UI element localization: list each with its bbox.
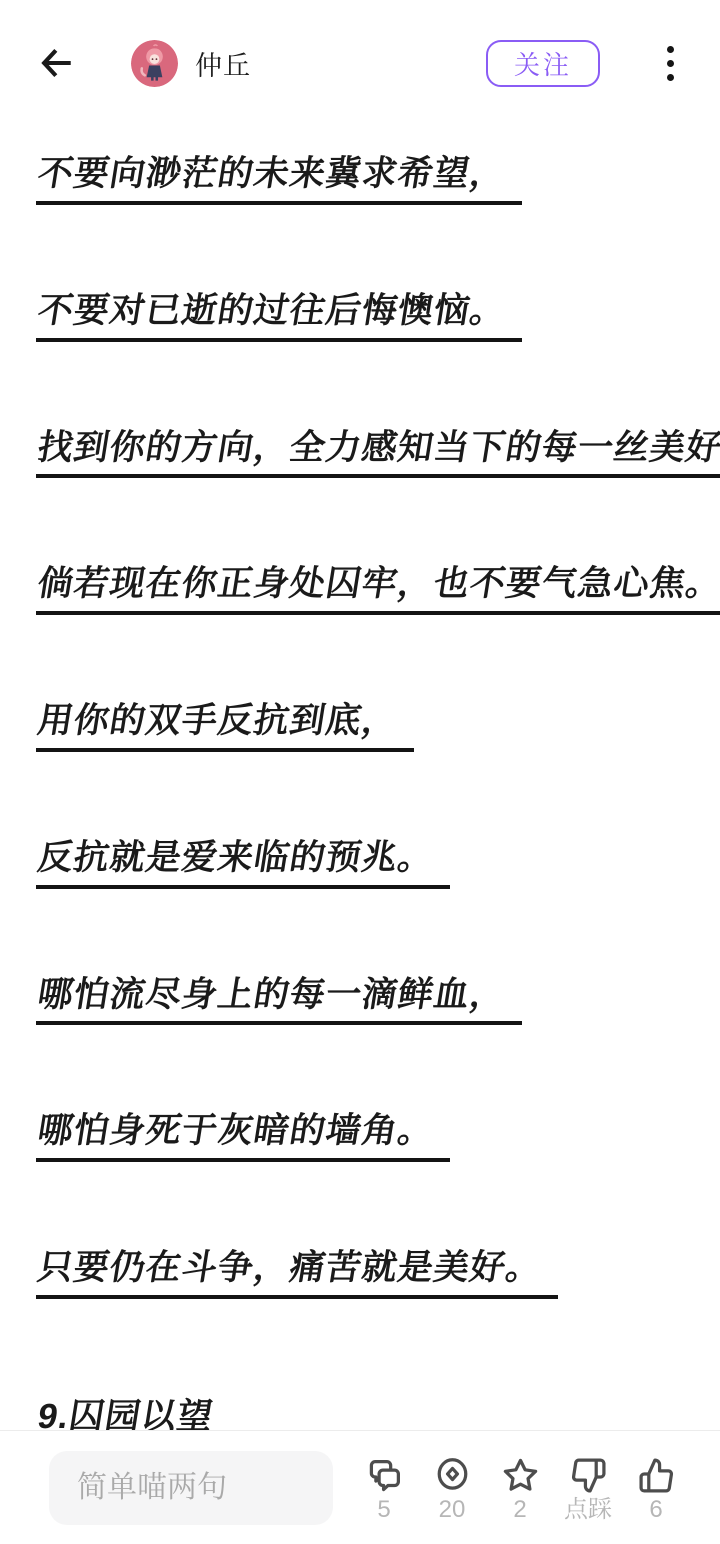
text-line: 找到你的方向，全力感知当下的每一丝美好。 bbox=[36, 426, 684, 479]
follow-button[interactable]: 关注 bbox=[486, 40, 600, 87]
arrow-left-icon bbox=[37, 44, 75, 82]
text-line: 用你的双手反抗到底， bbox=[36, 699, 684, 752]
text-line: 反抗就是爱来临的预兆。 bbox=[36, 836, 684, 889]
bottom-action-bar: 5 20 2 点踩 6 bbox=[0, 1430, 720, 1544]
like-button[interactable]: 6 bbox=[622, 1451, 690, 1523]
back-button[interactable] bbox=[36, 43, 76, 83]
kebab-dot bbox=[667, 60, 674, 67]
text-line: 哪怕身死于灰暗的墙角。 bbox=[36, 1109, 684, 1162]
favorite-button[interactable]: 2 bbox=[486, 1451, 554, 1523]
article-body: 不要向渺茫的未来冀求希望， 不要对已逝的过往后悔懊恼。 找到你的方向，全力感知当… bbox=[0, 126, 720, 1448]
coin-icon bbox=[434, 1457, 471, 1494]
kebab-dot bbox=[667, 46, 674, 53]
dislike-label: 点踩 bbox=[564, 1497, 612, 1523]
text-line: 哪怕流尽身上的每一滴鲜血， bbox=[36, 973, 684, 1026]
thumbs-up-icon bbox=[638, 1457, 675, 1494]
comment-count: 5 bbox=[377, 1497, 390, 1523]
top-bar: 仲丘 关注 bbox=[0, 0, 720, 126]
avatar[interactable] bbox=[131, 40, 178, 87]
text-line: 倘若现在你正身处囚牢，也不要气急心焦。 bbox=[36, 562, 684, 615]
comment-button[interactable]: 5 bbox=[350, 1451, 418, 1523]
username[interactable]: 仲丘 bbox=[195, 44, 251, 83]
comment-icon bbox=[366, 1457, 403, 1494]
favorite-count: 2 bbox=[513, 1497, 526, 1523]
text-line: 不要对已逝的过往后悔懊恼。 bbox=[36, 289, 684, 342]
text-line: 只要仍在斗争，痛苦就是美好。 bbox=[36, 1246, 684, 1299]
favorite-star-icon bbox=[502, 1457, 539, 1494]
thumbs-down-icon bbox=[570, 1457, 607, 1494]
text-line: 不要向渺茫的未来冀求希望， bbox=[36, 152, 684, 205]
dislike-button[interactable]: 点踩 bbox=[554, 1451, 622, 1523]
more-menu-button[interactable] bbox=[664, 40, 676, 87]
kebab-dot bbox=[667, 74, 674, 81]
coin-button[interactable]: 20 bbox=[418, 1451, 486, 1523]
action-buttons: 5 20 2 点踩 6 bbox=[350, 1451, 690, 1523]
coin-count: 20 bbox=[439, 1497, 466, 1523]
like-count: 6 bbox=[649, 1497, 662, 1523]
comment-input[interactable] bbox=[49, 1451, 333, 1525]
avatar-image bbox=[131, 40, 178, 87]
